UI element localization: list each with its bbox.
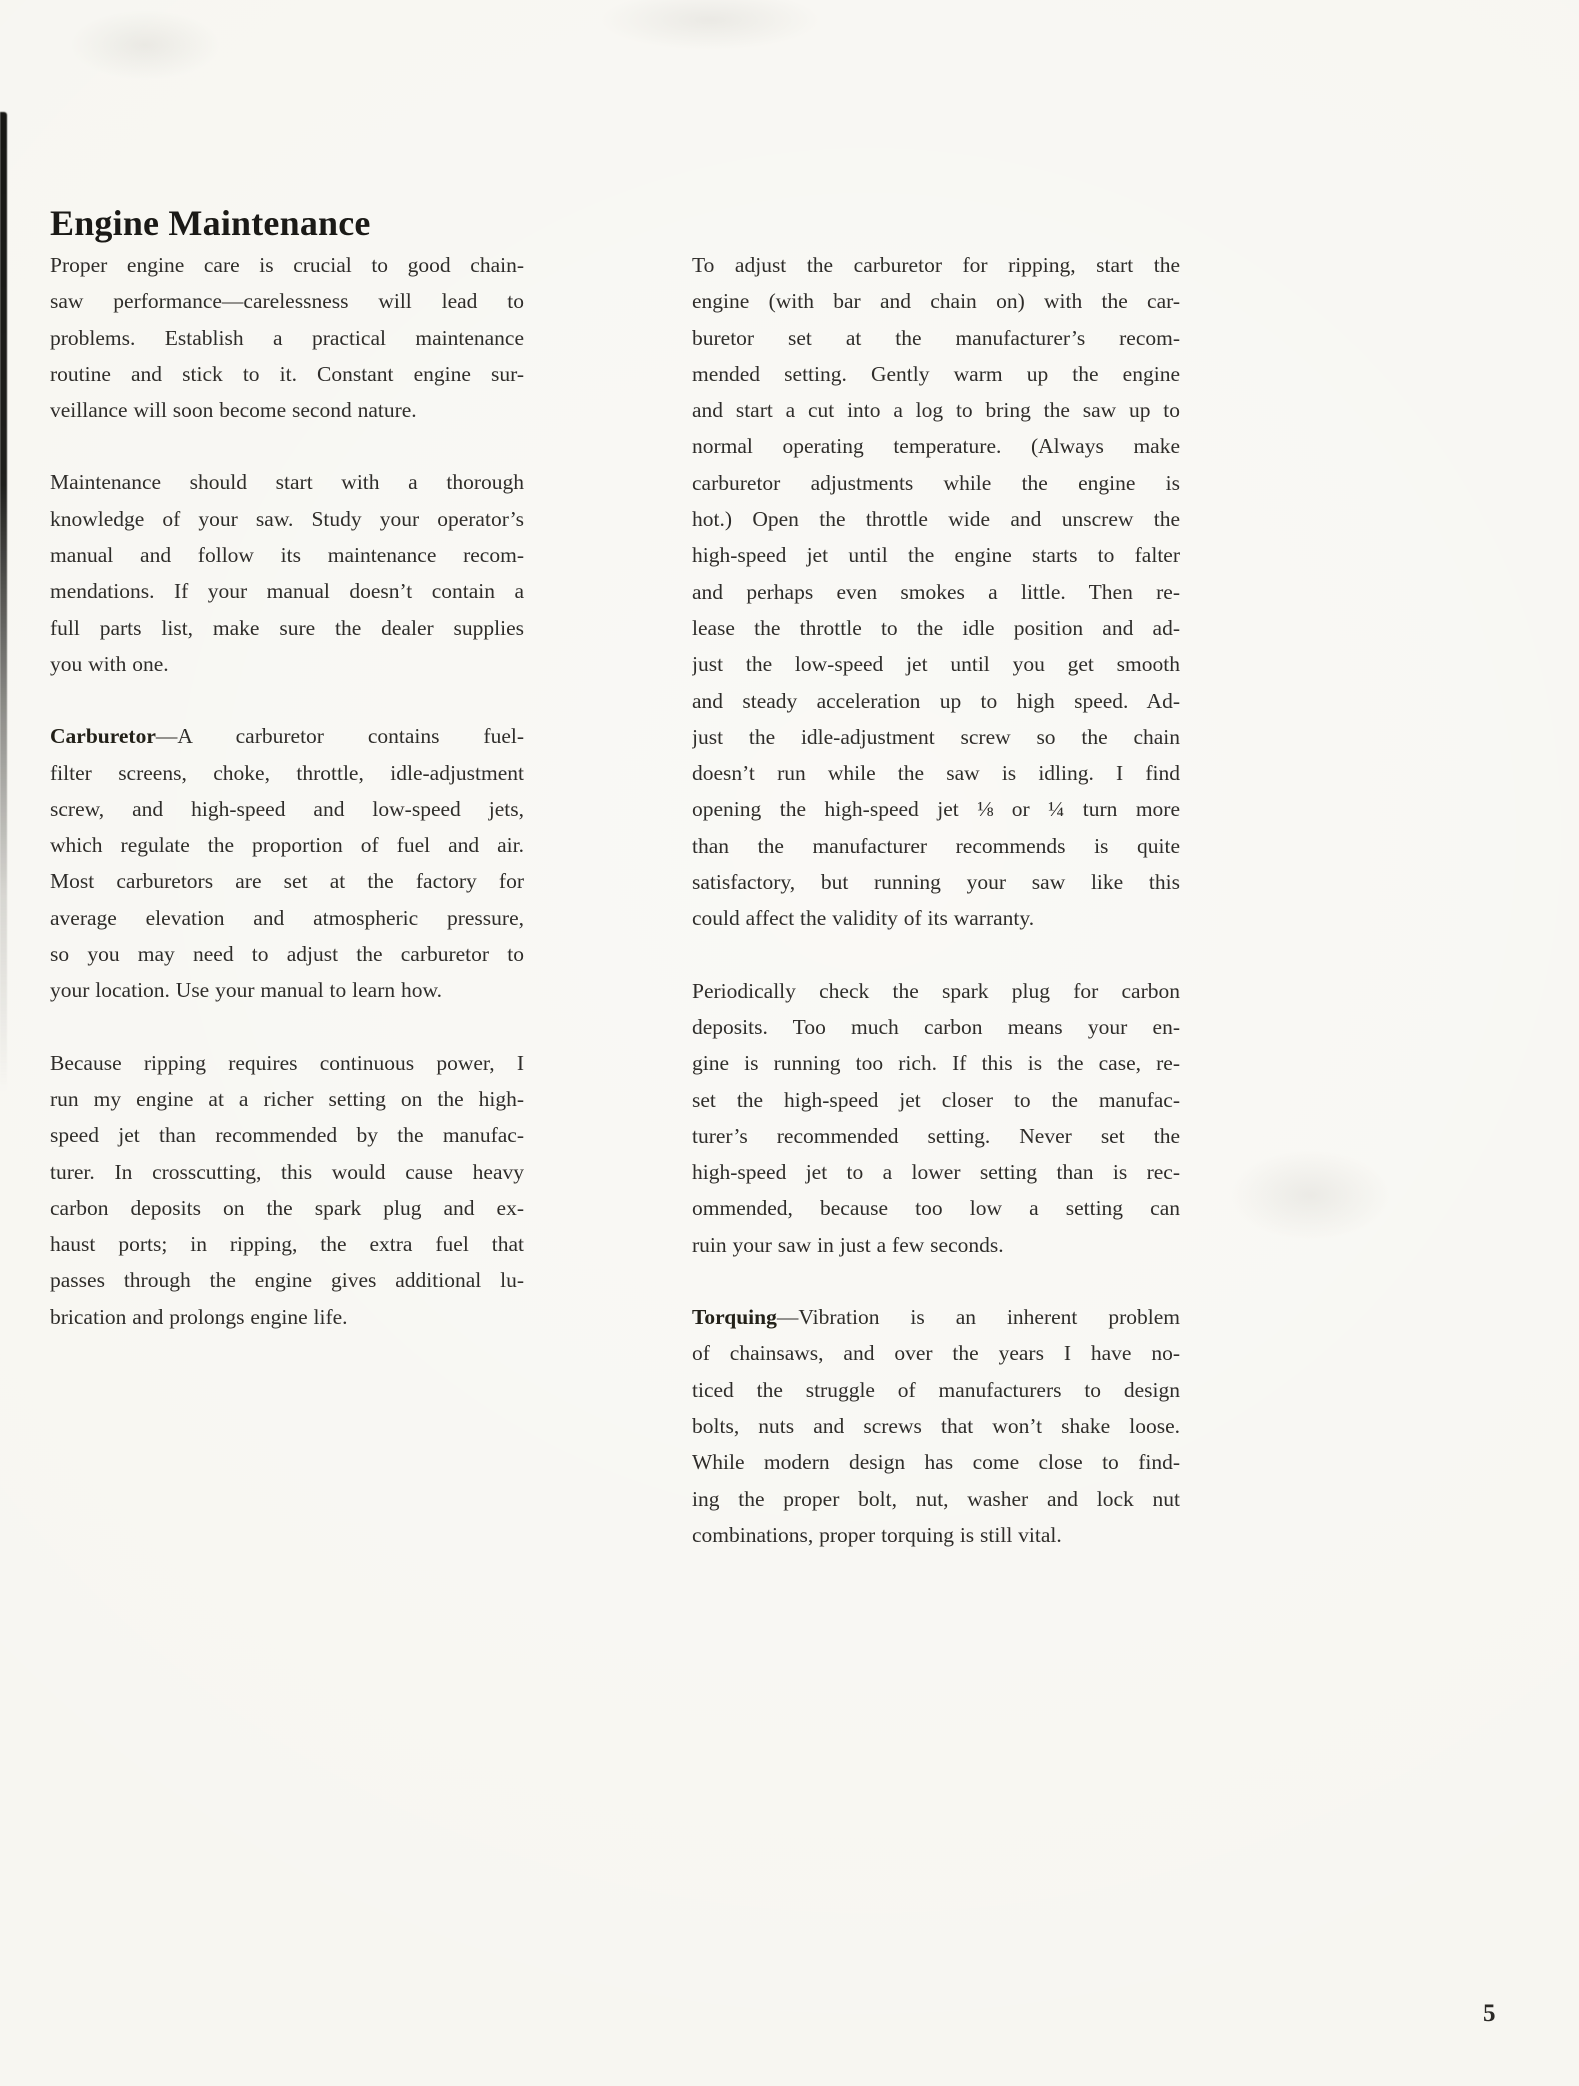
text-line: and perhaps even smokes a little. Then r… <box>692 574 1180 610</box>
paragraph: Periodically check the spark plug for ca… <box>692 973 1180 1263</box>
text-line: speed jet than recommended by the manufa… <box>50 1117 524 1153</box>
paragraph: Carburetor—A carburetor contains fuel-fi… <box>50 718 524 1008</box>
text-line: mendations. If your manual doesn’t conta… <box>50 573 524 609</box>
page-title: Engine Maintenance <box>50 203 524 243</box>
text-line: passes through the engine gives addition… <box>50 1262 524 1298</box>
text-line: so you may need to adjust the carburetor… <box>50 936 524 972</box>
text-line: ommended, because too low a setting can <box>692 1190 1180 1226</box>
text-line: Torquing—Vibration is an inherent proble… <box>692 1299 1180 1335</box>
text-line: Carburetor—A carburetor contains fuel- <box>50 718 524 754</box>
text-line: doesn’t run while the saw is idling. I f… <box>692 755 1180 791</box>
text-line: of chainsaws, and over the years I have … <box>692 1335 1180 1371</box>
text-line: ruin your saw in just a few seconds. <box>692 1227 1180 1263</box>
scan-smudge <box>600 0 820 50</box>
text-line: saw performance—carelessness will lead t… <box>50 283 524 319</box>
text-line: Because ripping requires continuous powe… <box>50 1045 524 1081</box>
scan-smudge <box>1230 1150 1390 1240</box>
text-line: your location. Use your manual to learn … <box>50 972 524 1008</box>
right-column: To adjust the carburetor for ripping, st… <box>692 247 1180 1553</box>
text-line: high-speed jet to a lower setting than i… <box>692 1154 1180 1190</box>
text-line: just the low-speed jet until you get smo… <box>692 646 1180 682</box>
text-line: Periodically check the spark plug for ca… <box>692 973 1180 1009</box>
text-line: screw, and high-speed and low-speed jets… <box>50 791 524 827</box>
text-line: buretor set at the manufacturer’s recom- <box>692 320 1180 356</box>
paragraph-lead: Torquing <box>692 1305 777 1329</box>
text-line: deposits. Too much carbon means your en- <box>692 1009 1180 1045</box>
text-line: bolts, nuts and screws that won’t shake … <box>692 1408 1180 1444</box>
text-line: Most carburetors are set at the factory … <box>50 863 524 899</box>
text-line: Proper engine care is crucial to good ch… <box>50 247 524 283</box>
text-line: normal operating temperature. (Always ma… <box>692 428 1180 464</box>
text-line: satisfactory, but running your saw like … <box>692 864 1180 900</box>
text-line: To adjust the carburetor for ripping, st… <box>692 247 1180 283</box>
text-line: average elevation and atmospheric pressu… <box>50 900 524 936</box>
text-line: opening the high-speed jet ⅛ or ¼ turn m… <box>692 791 1180 827</box>
left-column: Engine Maintenance Proper engine care is… <box>50 203 524 1335</box>
text-line: haust ports; in ripping, the extra fuel … <box>50 1226 524 1262</box>
paragraph: To adjust the carburetor for ripping, st… <box>692 247 1180 937</box>
paragraph: Proper engine care is crucial to good ch… <box>50 247 524 428</box>
text-line: problems. Establish a practical maintena… <box>50 320 524 356</box>
text-line: manual and follow its maintenance recom- <box>50 537 524 573</box>
text-line: engine (with bar and chain on) with the … <box>692 283 1180 319</box>
paragraph-lead: Carburetor <box>50 724 156 748</box>
text-line: full parts list, make sure the dealer su… <box>50 610 524 646</box>
text-line: routine and stick to it. Constant engine… <box>50 356 524 392</box>
text-line: While modern design has come close to fi… <box>692 1444 1180 1480</box>
text-line: you with one. <box>50 646 524 682</box>
paragraph: Because ripping requires continuous powe… <box>50 1045 524 1335</box>
text-line: knowledge of your saw. Study your operat… <box>50 501 524 537</box>
text-line: brication and prolongs engine life. <box>50 1299 524 1335</box>
text-line: filter screens, choke, throttle, idle-ad… <box>50 755 524 791</box>
scan-smudge <box>70 10 220 80</box>
text-line: hot.) Open the throttle wide and unscrew… <box>692 501 1180 537</box>
text-line: combinations, proper torquing is still v… <box>692 1517 1180 1553</box>
text-line: mended setting. Gently warm up the engin… <box>692 356 1180 392</box>
text-line: ticed the struggle of manufacturers to d… <box>692 1372 1180 1408</box>
scan-edge-artifact <box>0 112 7 1092</box>
text-line: lease the throttle to the idle position … <box>692 610 1180 646</box>
scanned-page: Engine Maintenance Proper engine care is… <box>0 0 1579 2086</box>
right-column-paragraphs: To adjust the carburetor for ripping, st… <box>692 247 1180 1553</box>
left-column-paragraphs: Proper engine care is crucial to good ch… <box>50 247 524 1335</box>
text-line: could affect the validity of its warrant… <box>692 900 1180 936</box>
paragraph: Torquing—Vibration is an inherent proble… <box>692 1299 1180 1553</box>
text-line: ing the proper bolt, nut, washer and loc… <box>692 1481 1180 1517</box>
text-line: which regulate the proportion of fuel an… <box>50 827 524 863</box>
text-line: and start a cut into a log to bring the … <box>692 392 1180 428</box>
text-line: just the idle-adjustment screw so the ch… <box>692 719 1180 755</box>
text-line: set the high-speed jet closer to the man… <box>692 1082 1180 1118</box>
text-line: and steady acceleration up to high speed… <box>692 683 1180 719</box>
text-line: turer. In crosscutting, this would cause… <box>50 1154 524 1190</box>
text-line: run my engine at a richer setting on the… <box>50 1081 524 1117</box>
text-line: veillance will soon become second nature… <box>50 392 524 428</box>
text-line: carbon deposits on the spark plug and ex… <box>50 1190 524 1226</box>
text-line: carburetor adjustments while the engine … <box>692 465 1180 501</box>
paragraph: Maintenance should start with a thorough… <box>50 464 524 682</box>
text-line: than the manufacturer recommends is quit… <box>692 828 1180 864</box>
text-line: Maintenance should start with a thorough <box>50 464 524 500</box>
text-line: turer’s recommended setting. Never set t… <box>692 1118 1180 1154</box>
text-line: high-speed jet until the engine starts t… <box>692 537 1180 573</box>
page-number: 5 <box>1483 2000 1496 2028</box>
text-line: gine is running too rich. If this is the… <box>692 1045 1180 1081</box>
